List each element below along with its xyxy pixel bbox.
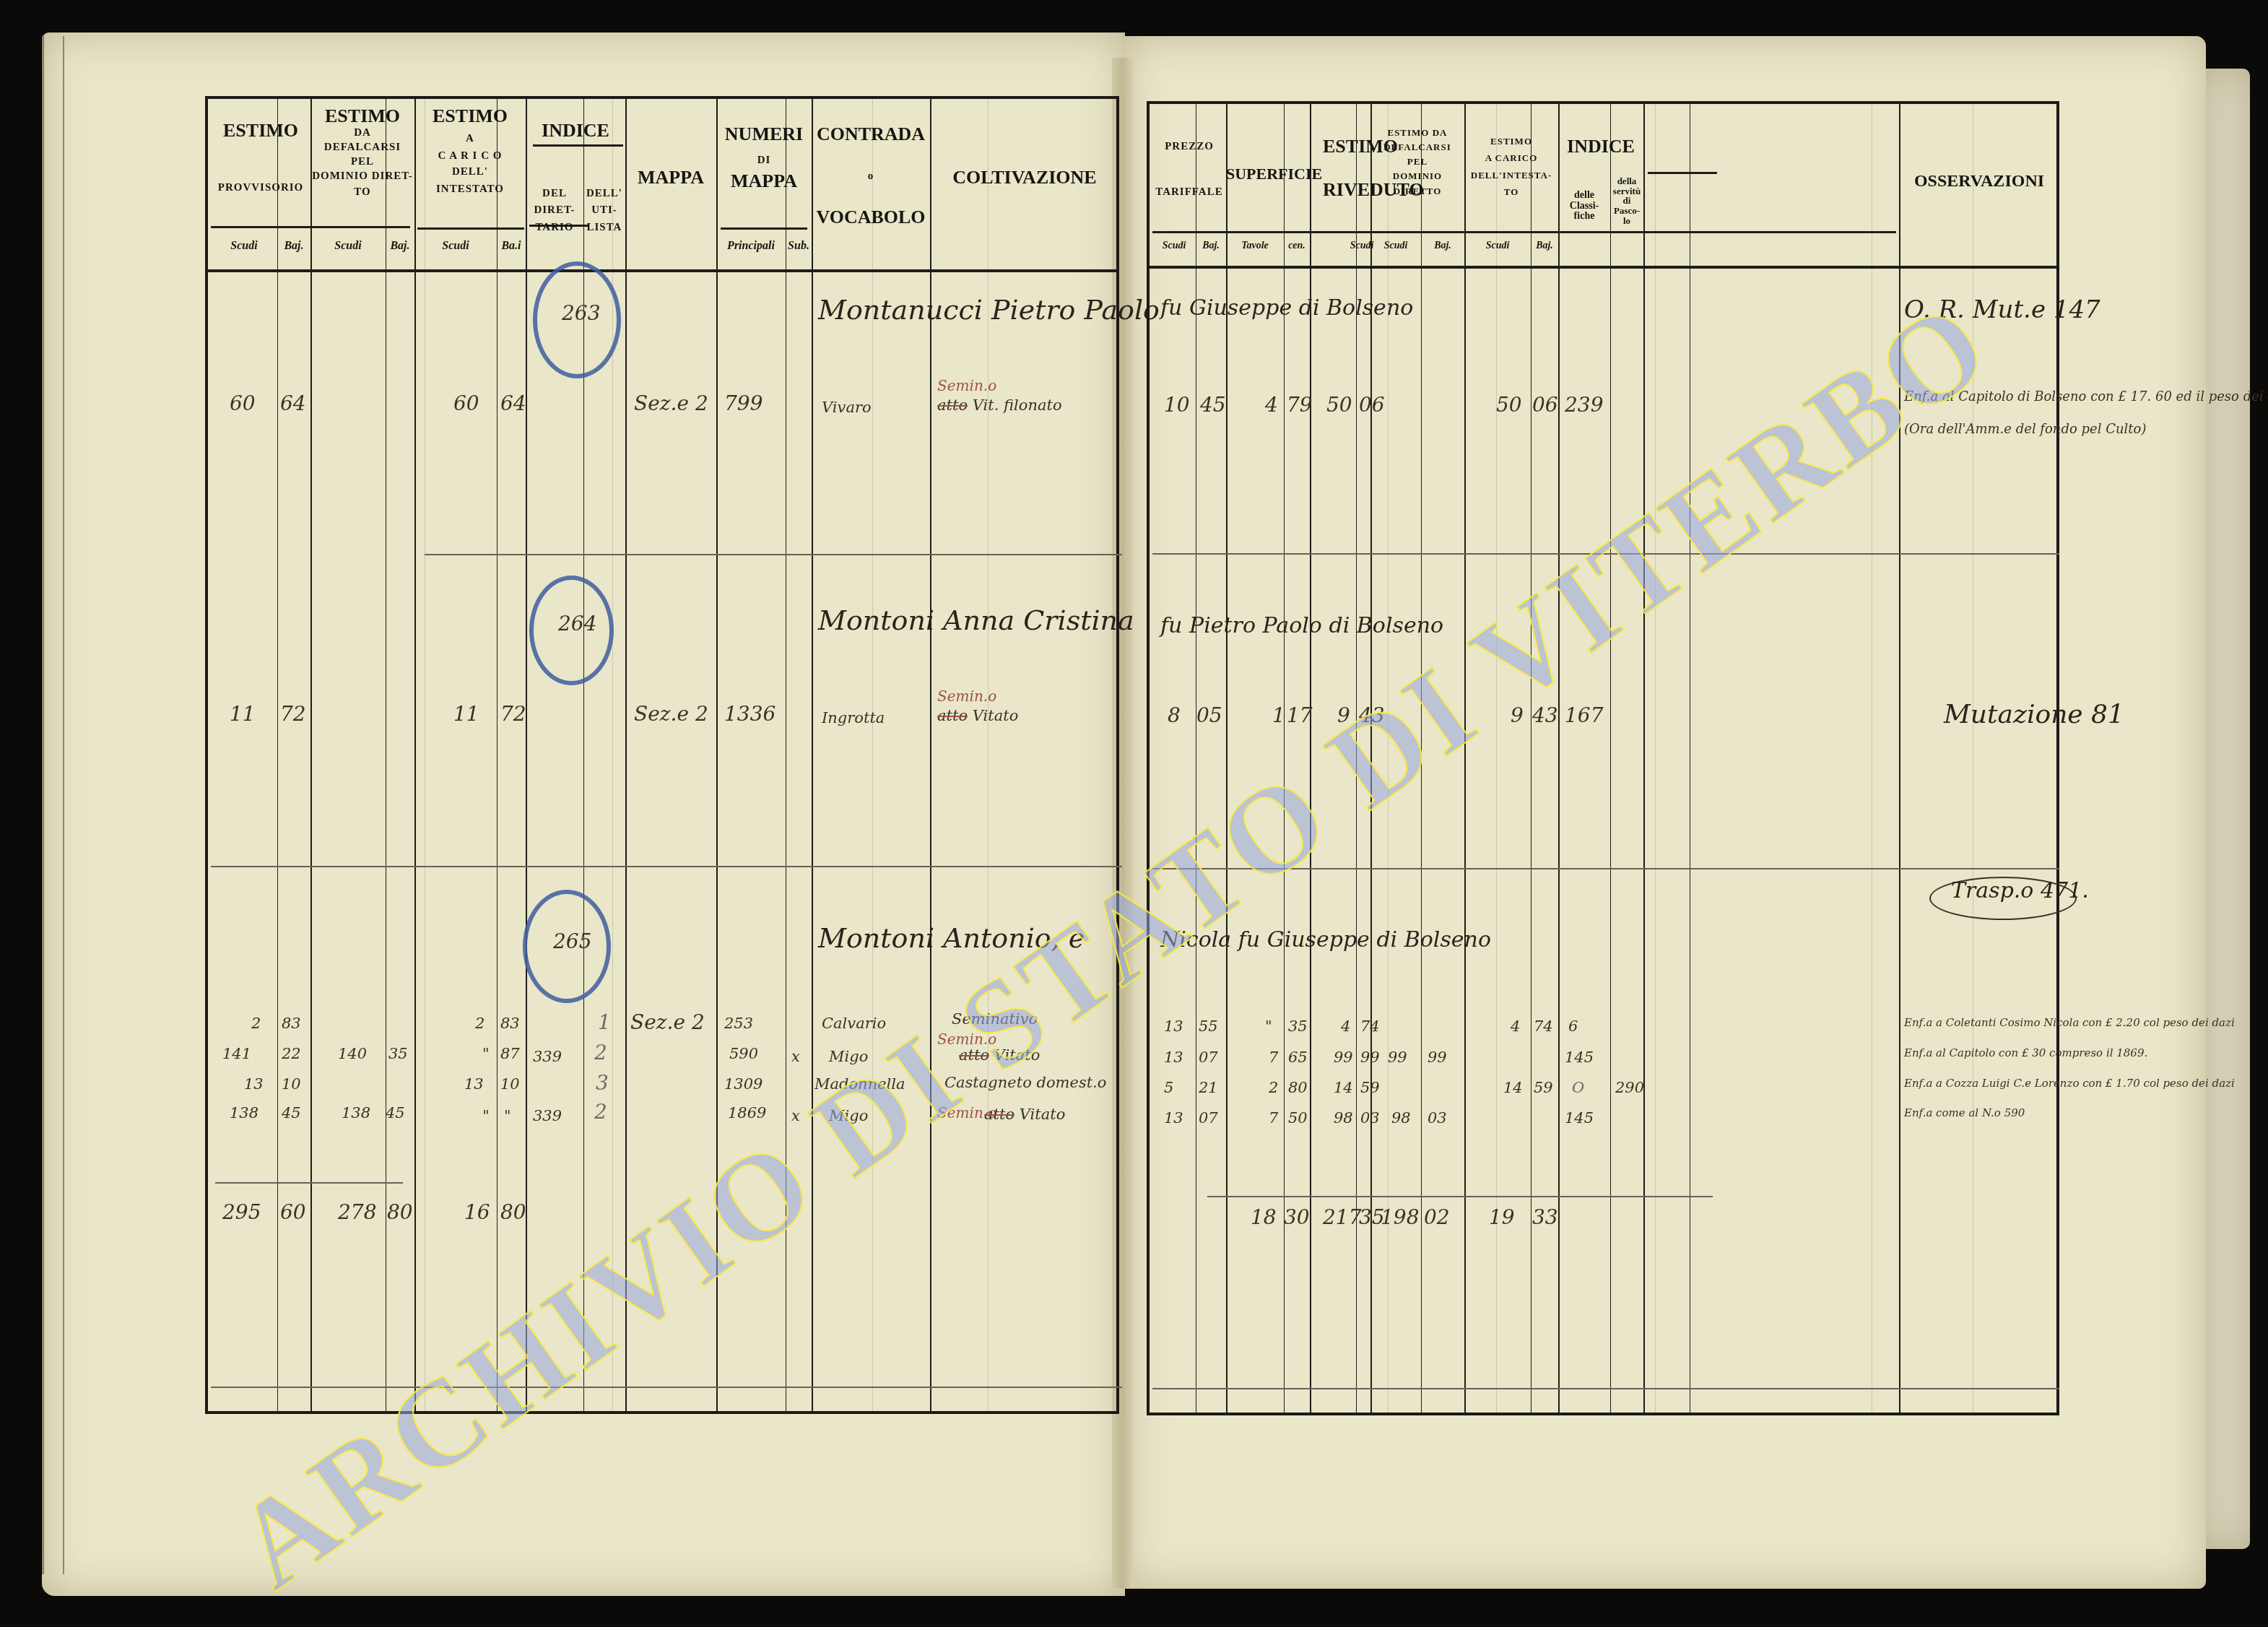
underlying-page-edge (2202, 69, 2250, 1549)
cell-rcar-scudi: 50 (1496, 393, 1522, 417)
cell-prezzo-scudi: 5 (1164, 1079, 1173, 1096)
hdr-line: DEFALCARSI (1370, 140, 1464, 155)
cell-contrada: Migo (829, 1107, 868, 1124)
note-enfiteusi: Enf.a a Coletanti Cosimo Nicola con £ 2.… (1904, 1016, 2235, 1029)
hdr-line: UTI- (583, 202, 625, 219)
entry-index: 263 (562, 301, 600, 325)
cell-riveduto-scudi: 4 (1341, 1018, 1350, 1035)
cell-prov-scudi: 60 (230, 391, 256, 415)
cell-indice-utilista: 2 (594, 1041, 607, 1064)
header-da: DA (310, 128, 414, 139)
cell-classi: 239 (1565, 393, 1603, 417)
cell-centesimi: 17 (1287, 703, 1313, 727)
subheader-tavole: Tavole (1226, 241, 1284, 252)
header-contrada: CONTRADA (812, 124, 930, 144)
cell-prezzo-baj: 07 (1199, 1049, 1218, 1066)
cell-car-baj: 83 (500, 1015, 520, 1032)
cell-centesimi: 65 (1288, 1049, 1308, 1066)
cell-prov-baj: 64 (280, 391, 306, 415)
subheader-baj: Baj. (386, 240, 414, 253)
struck-text: atto (937, 707, 968, 724)
cell-tavole: 1 (1272, 703, 1285, 727)
cell-car-baj: 64 (500, 391, 526, 415)
cell-indice-direttario: 339 (533, 1048, 562, 1065)
total-def-baj: 80 (387, 1200, 413, 1224)
cell-numero: 1309 (724, 1075, 762, 1093)
header-estimo-defalcarsi: ESTIMO (310, 106, 414, 126)
cell-car-baj: 87 (500, 1045, 520, 1062)
hdr-line: delle (1558, 191, 1610, 201)
cell-rcar-baj: 74 (1534, 1018, 1553, 1035)
hdr-line: ESTIMO (1464, 133, 1558, 149)
cell-prezzo-scudi: 8 (1168, 703, 1181, 727)
cell-centesimi: 50 (1288, 1109, 1308, 1127)
cell-prov-baj: 72 (280, 702, 306, 726)
cell-contrada: Ingrotta (822, 709, 885, 726)
cell-riveduto-baj: 59 (1360, 1079, 1380, 1096)
subheader-scudi: Scudi (1370, 241, 1421, 252)
header-classi: delleClassi-fiche (1558, 191, 1610, 222)
cell-riveduto-baj: 43 (1359, 703, 1385, 727)
hdr-line: DOMINIO (1370, 169, 1464, 183)
subheader-baj: Baj. (1421, 241, 1464, 252)
cell-car-scudi: " (482, 1107, 490, 1124)
header-numeri: NUMERI (716, 124, 812, 144)
total-prov-scudi: 295 (222, 1200, 261, 1224)
header-o: o (812, 171, 930, 183)
cell-numero: 799 (724, 391, 762, 415)
cell-tavole: " (1265, 1018, 1272, 1035)
header-tariffale: TARIFFALE (1152, 187, 1226, 199)
cell-prov-scudi: 2 (251, 1015, 261, 1032)
coltivazione-text: Vitato (973, 707, 1019, 724)
total-car-scudi: 16 (464, 1200, 490, 1224)
coltivazione-text: Vit. filonato (973, 396, 1062, 414)
hdr-line: PEL (1370, 155, 1464, 169)
cell-prov-scudi: 141 (222, 1045, 251, 1062)
owner-continuation: fu Pietro Paolo di Bolseno (1160, 613, 1443, 638)
cell-coltivazione: Seminativo (952, 1010, 1038, 1028)
cell-contrada: Calvario (822, 1015, 886, 1032)
cell-rdef-scudi: 98 (1391, 1109, 1411, 1127)
cell-prezzo-baj: 45 (1200, 393, 1226, 417)
header-numeri-mappa: MAPPA (716, 171, 812, 191)
total-tavole: 18 (1251, 1205, 1277, 1229)
hdr-line: DELL'INTESTA- (1464, 167, 1558, 183)
cell-classi: 145 (1565, 1109, 1594, 1127)
cell-prezzo-baj: 55 (1199, 1018, 1218, 1035)
header-prezzo: PREZZO (1152, 142, 1226, 153)
total-rcar-scudi: 19 (1489, 1205, 1515, 1229)
cell-numero: 253 (724, 1015, 753, 1032)
coltivazione-text: Vitato (1020, 1106, 1066, 1123)
cell-def-scudi: 140 (338, 1045, 367, 1062)
cell-indice-utilista: 1 (598, 1010, 611, 1034)
cell-rcar-scudi: 4 (1511, 1018, 1520, 1035)
header-to: TO (310, 187, 414, 199)
cell-riveduto-baj: 99 (1360, 1049, 1380, 1066)
cell-contrada: Vivaro (822, 399, 872, 416)
cell-sub-mark: x (791, 1048, 800, 1065)
note-enfiteusi: Enf.a al Capitolo di Bolseno con £ 17. 6… (1904, 389, 2268, 404)
total-car-baj: 80 (500, 1200, 526, 1224)
cell-prezzo-baj: 07 (1199, 1109, 1218, 1127)
cell-rdef-baj: 99 (1428, 1049, 1447, 1066)
cell-riveduto-baj: 06 (1359, 393, 1385, 417)
subheader-baj: Baj. (277, 240, 310, 253)
header-superficie: SUPERFICIE (1226, 165, 1316, 182)
hdr-line: TARIO (526, 220, 583, 236)
hdr-line: Classi- (1558, 201, 1610, 212)
owner-name: Montoni Anna Cristina (818, 604, 1134, 636)
subheader-scudi: Scudi (1152, 241, 1196, 252)
header-dominio: DOMINIO DIRET- (310, 171, 414, 183)
hdr-line: TO (1464, 183, 1558, 200)
cell-car-scudi: " (482, 1045, 490, 1062)
header-servitu: dellaservitùdiPasco-lo (1610, 176, 1643, 225)
hdr-line: LISTA (583, 220, 625, 236)
entry-index: 264 (558, 612, 596, 635)
cell-tavole: 4 (1265, 393, 1278, 417)
cell-prezzo-scudi: 13 (1164, 1049, 1183, 1066)
header-indice-del: DELDIRET-TARIO (526, 186, 583, 236)
hdr-line: DELL' (583, 186, 625, 202)
cell-tavole: 7 (1269, 1109, 1278, 1127)
header-indice-r: INDICE (1558, 136, 1643, 156)
cell-riveduto-scudi: 14 (1334, 1079, 1353, 1096)
note-amministrazione: (Ora dell'Amm.e del fondo pel Culto) (1904, 422, 2146, 437)
hdr-line: lo (1610, 216, 1643, 226)
subheader-scudi: Scudi (414, 240, 497, 253)
note-enfiteusi: Enf.a al Capitolo con £ 30 compreso il 1… (1904, 1046, 2147, 1059)
cell-coltivazione: atto Vitato (984, 1106, 1065, 1123)
cell-riveduto-baj: 03 (1360, 1109, 1380, 1127)
cell-indice-utilista: 2 (594, 1100, 607, 1124)
header-carico: C A R I C O (414, 151, 526, 162)
cell-coltivazione: Castagneto domest.o (944, 1074, 1106, 1091)
cell-prov-scudi: 13 (244, 1075, 264, 1093)
hdr-line: fiche (1558, 212, 1610, 222)
cell-centesimi: 80 (1288, 1079, 1308, 1096)
cell-prezzo-baj: 05 (1196, 703, 1222, 727)
cell-prezzo-baj: 21 (1199, 1079, 1218, 1096)
cell-classi: O (1572, 1079, 1584, 1096)
cell-coltivazione: atto Vit. filonato (937, 396, 1062, 414)
owner-continuation: Nicola fu Giuseppe di Bolseno (1160, 927, 1491, 953)
total-rdef-baj: 02 (1424, 1205, 1450, 1229)
cell-car-baj: 10 (500, 1075, 520, 1093)
cell-prezzo-scudi: 10 (1164, 393, 1190, 417)
cell-classi: 167 (1565, 703, 1603, 727)
total-rcar-baj: 33 (1532, 1205, 1558, 1229)
page-stack-edge (42, 36, 64, 1574)
hdr-line: della (1610, 176, 1643, 186)
cell-riveduto-scudi: 9 (1337, 703, 1350, 727)
subheader-baj: Baj. (1531, 241, 1558, 252)
subheader-baj: Baj. (1196, 241, 1226, 252)
header-coltivazione: COLTIVAZIONE (930, 168, 1119, 187)
cell-tavole: 7 (1269, 1049, 1278, 1066)
total-centesimi: 30 (1284, 1205, 1310, 1229)
hdr-line: DIRET- (526, 202, 583, 219)
subheader-sub: Sub. (786, 240, 812, 253)
header-di: DI (716, 155, 812, 167)
owner-name: Montoni Antonio, e (818, 922, 1085, 954)
cell-prov-baj: 45 (282, 1104, 301, 1121)
header-defalcarsi: DEFALCARSI (310, 142, 414, 154)
subheader-scudi: Scudi (211, 240, 277, 253)
note-mutazione: Mutazione 81 (1944, 700, 2124, 729)
entry-index: 265 (553, 929, 591, 953)
header-estimo-carico-r: ESTIMOA CARICODELL'INTESTA-TO (1464, 133, 1558, 201)
cell-prov-baj: 22 (282, 1045, 301, 1062)
cell-indice-utilista: 3 (596, 1071, 609, 1095)
right-register-table: PREZZO TARIFFALE SUPERFICIE ESTIMO RIVED… (1147, 101, 2059, 1415)
header-a: A (414, 134, 526, 145)
cell-contrada: Migo (829, 1048, 868, 1065)
header-indice: INDICE (526, 121, 625, 140)
subheader-scudi: Scudi (1464, 241, 1531, 252)
note-enfiteusi: Enf.a a Cozza Luigi C.e Lorenzo con £ 1.… (1904, 1077, 2235, 1090)
note-trasporto: Trasp.o 471. (1951, 878, 2089, 903)
cell-car-baj: 72 (500, 702, 526, 726)
cell-def-scudi: 138 (342, 1104, 370, 1121)
hdr-line: servitù (1610, 186, 1643, 196)
hdr-line: di (1610, 196, 1643, 206)
subheader-scudi: Scudi (310, 240, 386, 253)
hdr-line: DIRETTO (1370, 184, 1464, 199)
header-provvisorio: PROVVISORIO (211, 183, 310, 194)
cell-prov-baj: 83 (282, 1015, 301, 1032)
cell-prov-scudi: 138 (230, 1104, 258, 1121)
cell-numero: 1336 (724, 702, 775, 726)
cell-coltivazione: atto Vitato (959, 1046, 1040, 1064)
total-riveduto-scudi: 217 (1323, 1205, 1361, 1229)
cell-indice-direttario: 339 (533, 1107, 562, 1124)
header-indice-dell: DELL'UTI-LISTA (583, 186, 625, 236)
cell-centesimi: 79 (1287, 393, 1313, 417)
cell-contrada: Madonnella (814, 1075, 905, 1093)
coltivazione-text: Vitato (994, 1046, 1040, 1064)
cell-def-baj: 35 (388, 1045, 408, 1062)
cell-car-scudi: 13 (464, 1075, 484, 1093)
cell-sub-mark: x (791, 1107, 800, 1124)
cell-rcar-scudi: 14 (1503, 1079, 1523, 1096)
left-register-table: ESTIMO PROVVISORIO ESTIMO DA DEFALCARSI … (205, 96, 1119, 1414)
subheader-baj: Ba.i (497, 240, 526, 253)
cell-mappa: Sez.e 2 (630, 1010, 705, 1034)
struck-text: atto (984, 1106, 1014, 1123)
cell-riveduto-scudi: 50 (1326, 393, 1352, 417)
cell-riveduto-scudi: 99 (1334, 1049, 1353, 1066)
cell-mappa: Sez.e 2 (634, 702, 708, 726)
cell-prov-scudi: 11 (230, 702, 256, 726)
cell-centesimi: 35 (1288, 1018, 1308, 1035)
subheader-principali: Principali (716, 240, 786, 253)
header-dell: DELL' (414, 167, 526, 178)
cell-prezzo-scudi: 13 (1164, 1109, 1183, 1127)
struck-text: atto (937, 396, 968, 414)
header-intestato: INTESTATO (414, 184, 526, 196)
hdr-line: DEL (526, 186, 583, 202)
cell-numero: 590 (729, 1045, 758, 1062)
header-mappa: MAPPA (625, 168, 716, 187)
cell-car-scudi: 2 (475, 1015, 485, 1032)
cell-tavole: 2 (1269, 1079, 1278, 1096)
cell-rdef-baj: 03 (1428, 1109, 1447, 1127)
cell-rdef-scudi: 99 (1388, 1049, 1407, 1066)
owner-continuation: fu Giuseppe di Bolseno (1160, 295, 1413, 321)
cell-def-baj: 45 (386, 1104, 405, 1121)
cell-classi: 145 (1565, 1049, 1594, 1066)
cell-classi: 6 (1568, 1018, 1578, 1035)
cell-riveduto-baj: 74 (1360, 1018, 1380, 1035)
hdr-line: Pasco- (1610, 206, 1643, 216)
cell-rcar-baj: 59 (1534, 1079, 1553, 1096)
cell-car-baj: " (504, 1107, 511, 1124)
cell-prezzo-scudi: 13 (1164, 1018, 1183, 1035)
hdr-line: ESTIMO DA (1370, 126, 1464, 140)
header-estimo-defalcarsi-r: ESTIMO DADEFALCARSIPELDOMINIODIRETTO (1370, 126, 1464, 199)
cell-numero: 1869 (728, 1104, 766, 1121)
header-osservazioni: OSSERVAZIONI (1899, 173, 2059, 191)
cell-coltivazione-correction: Semin.o (937, 1031, 996, 1048)
cell-coltivazione: atto Vitato (937, 707, 1018, 724)
cell-rcar-baj: 06 (1532, 393, 1558, 417)
hdr-line: A CARICO (1464, 149, 1558, 166)
header-vocabolo: VOCABOLO (812, 207, 930, 227)
note-enfiteusi: Enf.a come al N.o 590 (1904, 1106, 2025, 1119)
header-estimo-carico: ESTIMO (414, 106, 526, 126)
cell-coltivazione-correction: Semin.o (937, 377, 996, 394)
cell-mappa: Sez.e 2 (634, 391, 708, 415)
cell-rcar-baj: 43 (1532, 703, 1558, 727)
subheader-cen: cen. (1284, 241, 1310, 252)
cell-car-scudi: 11 (453, 702, 479, 726)
total-def-scudi: 278 (338, 1200, 376, 1224)
cell-riveduto-scudi: 98 (1334, 1109, 1353, 1127)
cell-car-scudi: 60 (453, 391, 479, 415)
header-estimo: ESTIMO (211, 121, 310, 140)
owner-name: Montanucci Pietro Paolo (818, 294, 1160, 326)
header-pel: PEL (310, 157, 414, 168)
cell-coltivazione-correction: Semin.o (937, 687, 996, 705)
cell-rcar-scudi: 9 (1511, 703, 1524, 727)
cell-servitu: 290 (1615, 1079, 1644, 1096)
struck-text: atto (959, 1046, 989, 1064)
total-prov-baj: 60 (280, 1200, 306, 1224)
note-mutazione: O. R. Mut.e 147 (1904, 295, 2100, 324)
total-rdef-scudi: 198 (1381, 1205, 1419, 1229)
cell-prov-baj: 10 (282, 1075, 301, 1093)
